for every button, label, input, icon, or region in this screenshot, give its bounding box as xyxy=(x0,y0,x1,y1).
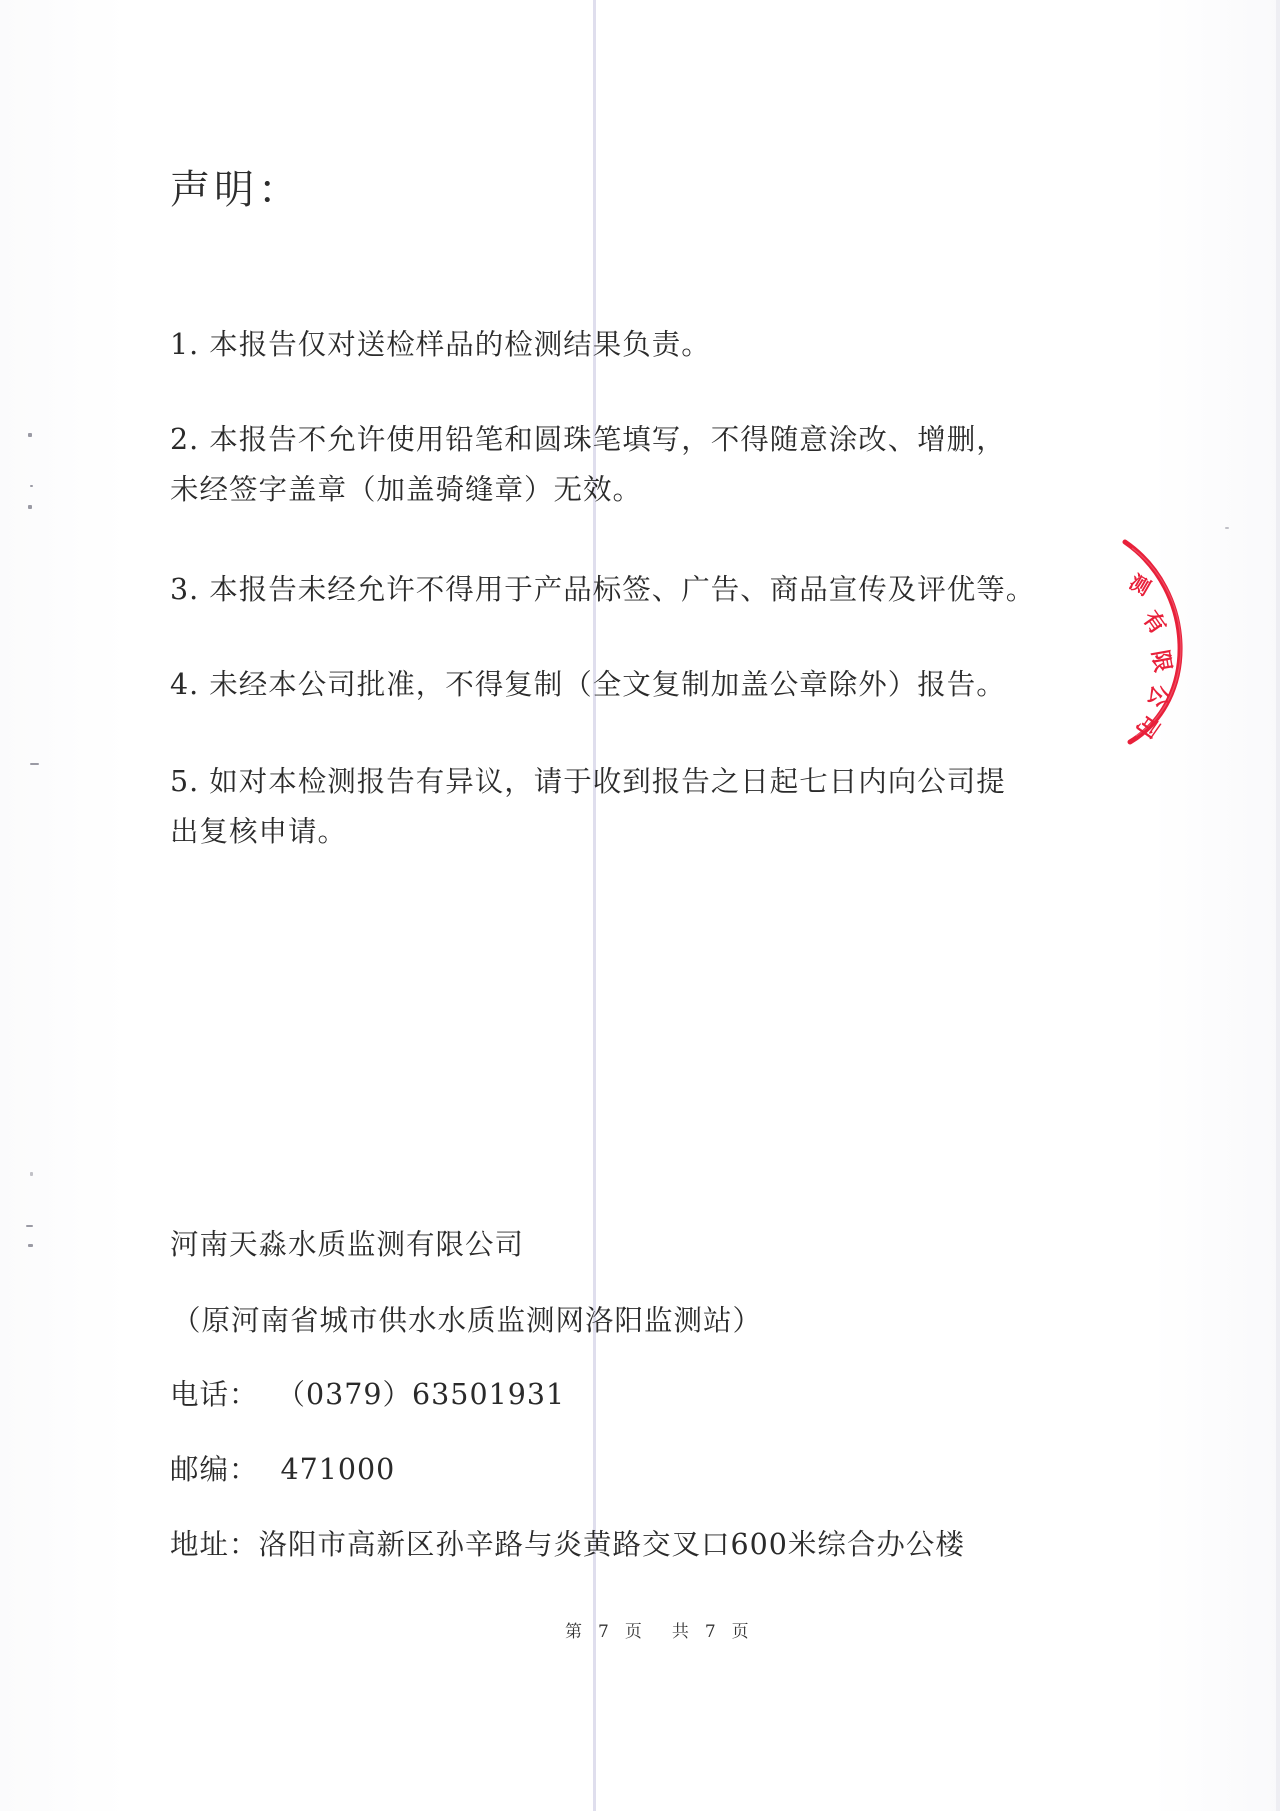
svg-text:有: 有 xyxy=(1137,606,1171,639)
total-prefix: 共 xyxy=(672,1617,689,1642)
page-unit: 页 xyxy=(625,1617,642,1642)
contact-address: 地址：洛阳市高新区孙辛路与炎黄路交叉口600米综合办公楼 xyxy=(170,1522,965,1563)
company-former-name: （原河南省城市供水水质监测网洛阳监测站） xyxy=(172,1298,762,1339)
statement-line: 2. 本报告不允许使用铅笔和圆珠笔填写，不得随意涂改、增删， xyxy=(170,415,1006,465)
postcode-value: 471000 xyxy=(281,1453,396,1486)
phone-value: （0379）63501931 xyxy=(277,1372,566,1413)
company-name: 河南天淼水质监测有限公司 xyxy=(170,1222,524,1263)
statement-1: 1. 本报告仅对送检样品的检测结果负责。 xyxy=(170,320,711,370)
statement-2: 2. 本报告不允许使用铅笔和圆珠笔填写，不得随意涂改、增删， 未经签字盖章（加盖… xyxy=(170,415,1006,515)
scan-speck xyxy=(28,1244,33,1247)
statement-line: 4. 未经本公司批准，不得复制（全文复制加盖公章除外）报告。 xyxy=(170,660,1006,710)
scan-speck xyxy=(30,763,39,765)
page-current: 7 xyxy=(598,1622,609,1642)
statement-line: 3. 本报告未经允许不得用于产品标签、广告、商品宣传及评优等。 xyxy=(170,565,1035,615)
contact-phone: 电话：（0379）63501931 xyxy=(170,1372,565,1413)
svg-text:测: 测 xyxy=(1125,570,1154,601)
scan-speck xyxy=(30,485,33,487)
document-page: 声明： 1. 本报告仅对送检样品的检测结果负责。 2. 本报告不允许使用铅笔和圆… xyxy=(0,0,1280,1811)
page-number-footer: 第7页共7页 xyxy=(565,1617,765,1642)
page-edge xyxy=(1276,0,1280,1811)
scan-speck xyxy=(28,433,32,437)
address-value: 洛阳市高新区孙辛路与炎黄路交叉口600米综合办公楼 xyxy=(259,1522,965,1563)
scan-speck xyxy=(1225,527,1229,529)
svg-text:公: 公 xyxy=(1142,682,1172,711)
statement-line: 未经签字盖章（加盖骑缝章）无效。 xyxy=(170,465,1006,515)
statement-line: 1. 本报告仅对送检样品的检测结果负责。 xyxy=(170,320,711,370)
phone-label: 电话： xyxy=(170,1372,259,1413)
total-unit: 页 xyxy=(732,1617,749,1642)
page-prefix: 第 xyxy=(565,1617,582,1642)
postcode-label: 邮编： xyxy=(170,1447,259,1488)
scan-speck xyxy=(30,1172,33,1176)
scan-speck xyxy=(26,1225,33,1227)
statement-5: 5. 如对本检测报告有异议，请于收到报告之日起七日内向公司提 出复核申请。 xyxy=(170,757,1006,857)
company-seal-stamp: 测 有 限 公 司 xyxy=(1100,530,1220,760)
svg-text:限: 限 xyxy=(1146,648,1174,674)
statement-line: 5. 如对本检测报告有异议，请于收到报告之日起七日内向公司提 xyxy=(170,757,1006,807)
statement-4: 4. 未经本公司批准，不得复制（全文复制加盖公章除外）报告。 xyxy=(170,660,1006,710)
address-label: 地址： xyxy=(170,1522,259,1563)
statement-3: 3. 本报告未经允许不得用于产品标签、广告、商品宣传及评优等。 xyxy=(170,565,1035,615)
page-total: 7 xyxy=(705,1622,716,1642)
scan-speck xyxy=(28,505,32,509)
page-title: 声明： xyxy=(170,158,302,215)
statement-line: 出复核申请。 xyxy=(170,807,1006,857)
contact-postcode: 邮编：471000 xyxy=(170,1447,395,1488)
